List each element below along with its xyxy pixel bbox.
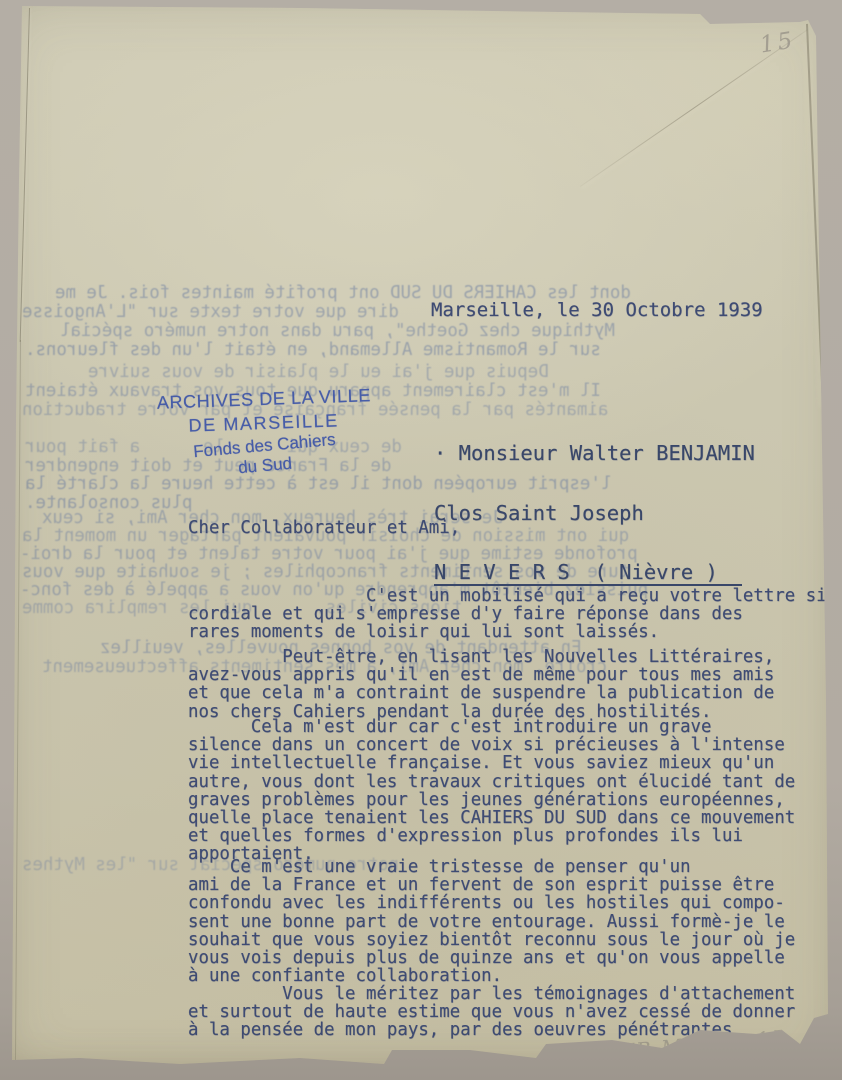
- typed-line: C'est un mobilisé qui a reçu votre lettr…: [188, 587, 827, 605]
- typed-line: silence dans un concert de voix si préci…: [188, 736, 795, 754]
- paragraph-2: Peut-être, en lisant les Nouvelles Litté…: [188, 648, 774, 721]
- typed-line: et quelles formes d'expression plus prof…: [188, 827, 795, 845]
- salutation: Cher Collaborateur et Ami,: [188, 518, 460, 538]
- typed-line: vie intellectuelle française. Et vous sa…: [188, 754, 795, 772]
- typed-line: graves problèmes pour les jeunes générat…: [188, 791, 795, 809]
- typed-line: Vous le méritez par les témoignages d'at…: [188, 985, 795, 1003]
- typed-line: à la pensée de mon pays, par des oeuvres…: [188, 1021, 795, 1039]
- typed-line: quelle place tenaient les CAHIERS DU SUD…: [188, 809, 795, 827]
- typed-line: confondu avec les indifférents ou les ho…: [188, 894, 795, 912]
- paragraph-4: Ce m'est une vraie tristesse de penser q…: [188, 858, 795, 985]
- typed-line: souhait que vous soyiez bientôt reconnu …: [188, 931, 795, 949]
- typed-line: vous vois depuis plus de quinze ans et q…: [188, 949, 795, 967]
- typed-line: et surtout de haute estime que vous n'av…: [188, 1003, 795, 1021]
- paragraph-5: Vous le méritez par les témoignages d'at…: [188, 985, 795, 1040]
- letter-page: dont les CAHIERS DU SUD ont profité main…: [0, 0, 842, 1080]
- typed-line: Ce m'est une vraie tristesse de penser q…: [188, 858, 795, 876]
- typed-line: Peut-être, en lisant les Nouvelles Litté…: [188, 648, 774, 666]
- typed-line: à une confiante collaboration.: [188, 967, 795, 985]
- typed-line: Cela m'est dur car c'est introduire un g…: [188, 718, 795, 736]
- paragraph-3: Cela m'est dur car c'est introduire un g…: [188, 718, 795, 864]
- typed-line: avez-vous appris qu'il en est de même po…: [188, 666, 774, 684]
- typed-line: et que cela m'a contraint de suspendre l…: [188, 684, 774, 702]
- typed-line: rares moments de loisir qui lui sont lai…: [188, 623, 827, 641]
- typed-line: cordiale et qui s'empresse d'y faire rép…: [188, 605, 827, 623]
- typed-line: sent une bonne part de votre entourage. …: [188, 913, 795, 931]
- letter-body: Cher Collaborateur et Ami, C'est un mobi…: [0, 0, 842, 1080]
- typed-line: autre, vous dont les travaux critiques o…: [188, 773, 795, 791]
- scan-background: dont les CAHIERS DU SUD ont profité main…: [0, 0, 842, 1080]
- paragraph-1: C'est un mobilisé qui a reçu votre lettr…: [188, 587, 827, 642]
- typed-line: ami de la France et un fervent de son es…: [188, 876, 795, 894]
